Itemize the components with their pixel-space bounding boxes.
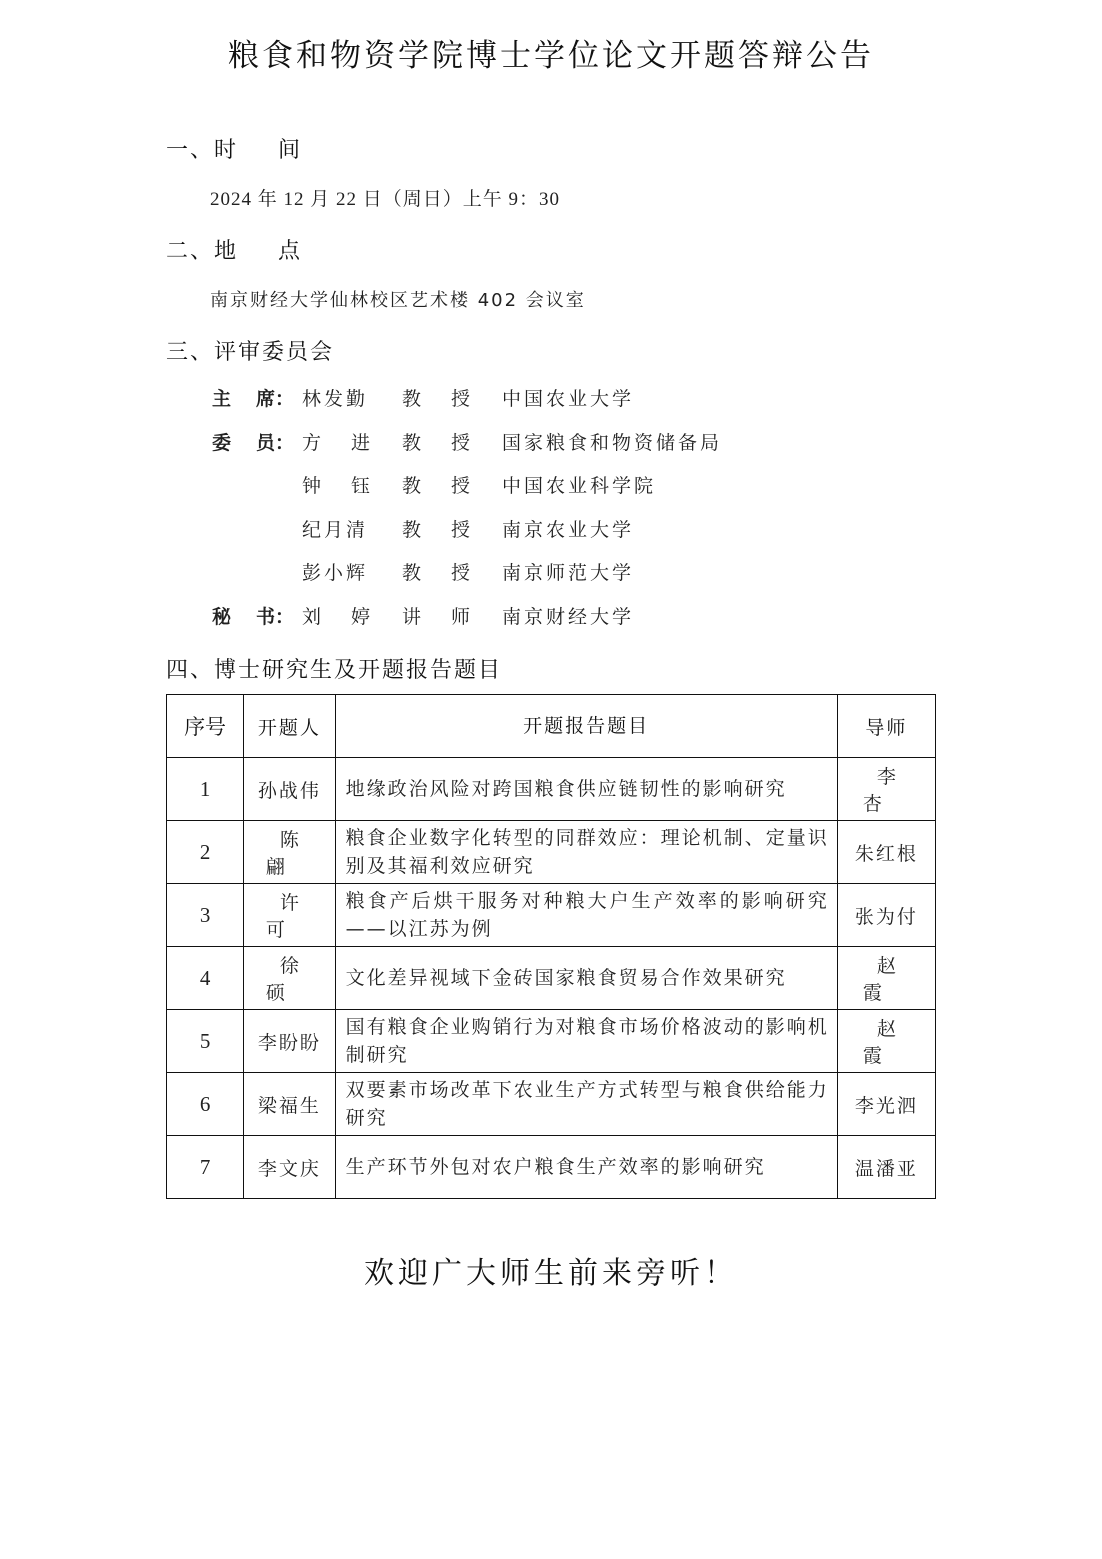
member-name: 彭小辉 bbox=[302, 558, 368, 588]
member-name: 林发勤 bbox=[302, 384, 368, 414]
heading-char: 时 bbox=[214, 138, 238, 163]
member-rank: 教授 bbox=[402, 515, 500, 545]
member-organization: 中国农业科学院 bbox=[502, 471, 656, 501]
member-name: 钟钰 bbox=[302, 471, 400, 501]
table-row: 5李盼盼国有粮食企业购销行为对粮食市场价格波动的影响机制研究赵霞 bbox=[167, 1010, 936, 1073]
time-value: 2024 年 12 月 22 日（周日）上午 9：30 bbox=[210, 184, 560, 211]
member-name: 刘婷 bbox=[302, 602, 400, 632]
table-row: 7李文庆生产环节外包对农户粮食生产效率的影响研究温潘亚 bbox=[167, 1136, 936, 1199]
section-time-heading: 一、时间 bbox=[166, 133, 302, 164]
table-row: 2陈翩粮食企业数字化转型的同群效应：理论机制、定量识别及其福利效应研究朱红根 bbox=[167, 821, 936, 884]
cell-number: 7 bbox=[167, 1136, 244, 1199]
member-organization: 南京师范大学 bbox=[502, 558, 634, 588]
member-organization: 国家粮食和物资储备局 bbox=[502, 428, 722, 458]
cell-advisor: 温潘亚 bbox=[837, 1136, 935, 1199]
member-rank: 讲师 bbox=[402, 602, 500, 632]
cell-number: 4 bbox=[167, 947, 244, 1010]
member-organization: 南京农业大学 bbox=[502, 515, 634, 545]
cell-topic: 粮食企业数字化转型的同群效应：理论机制、定量识别及其福利效应研究 bbox=[335, 821, 837, 884]
cell-advisor: 赵霞 bbox=[837, 1010, 935, 1073]
cell-advisor: 李光泗 bbox=[837, 1073, 935, 1136]
cell-student: 陈翩 bbox=[244, 821, 335, 884]
students-table: 序号 开题人 开题报告题目 导师 1孙战伟地缘政治风险对跨国粮食供应链韧性的影响… bbox=[166, 694, 936, 1199]
cell-student: 孙战伟 bbox=[244, 758, 335, 821]
role-char: 主 bbox=[212, 384, 231, 414]
column-header-topic: 开题报告题目 bbox=[335, 695, 837, 758]
member-organization: 南京财经大学 bbox=[502, 602, 634, 632]
cell-topic: 生产环节外包对农户粮食生产效率的影响研究 bbox=[335, 1136, 837, 1199]
member-rank: 教授 bbox=[402, 384, 500, 414]
role-char: 委 bbox=[212, 428, 231, 458]
column-header-student: 开题人 bbox=[244, 695, 335, 758]
cell-number: 2 bbox=[167, 821, 244, 884]
section-committee-heading: 三、评审委员会 bbox=[166, 335, 334, 366]
section-place-heading: 二、地点 bbox=[166, 234, 302, 265]
member-rank: 教授 bbox=[402, 558, 500, 588]
closing-message: 欢迎广大师生前来旁听！ bbox=[0, 1248, 1102, 1292]
heading-char: 间 bbox=[278, 138, 302, 163]
cell-topic: 国有粮食企业购销行为对粮食市场价格波动的影响机制研究 bbox=[335, 1010, 837, 1073]
table-row: 6梁福生双要素市场改革下农业生产方式转型与粮食供给能力研究李光泗 bbox=[167, 1073, 936, 1136]
table-row: 3许可粮食产后烘干服务对种粮大户生产效率的影响研究——以江苏为例张为付 bbox=[167, 884, 936, 947]
role-char: 书： bbox=[256, 602, 294, 632]
cell-student: 许可 bbox=[244, 884, 335, 947]
cell-advisor: 朱红根 bbox=[837, 821, 935, 884]
heading-char: 点 bbox=[278, 239, 302, 264]
table-header-row: 序号 开题人 开题报告题目 导师 bbox=[167, 695, 936, 758]
member-rank: 教授 bbox=[402, 428, 500, 458]
column-header-advisor: 导师 bbox=[837, 695, 935, 758]
cell-topic: 粮食产后烘干服务对种粮大户生产效率的影响研究——以江苏为例 bbox=[335, 884, 837, 947]
table-row: 4徐硕文化差异视域下金砖国家粮食贸易合作效果研究赵霞 bbox=[167, 947, 936, 1010]
section-number: 二、 bbox=[166, 239, 214, 264]
cell-number: 6 bbox=[167, 1073, 244, 1136]
cell-advisor: 张为付 bbox=[837, 884, 935, 947]
cell-topic: 地缘政治风险对跨国粮食供应链韧性的影响研究 bbox=[335, 758, 837, 821]
section-students-heading: 四、博士研究生及开题报告题目 bbox=[166, 653, 502, 684]
role-char: 席： bbox=[256, 384, 294, 414]
role-char: 员： bbox=[256, 428, 294, 458]
member-rank: 教授 bbox=[402, 471, 500, 501]
member-organization: 中国农业大学 bbox=[502, 384, 634, 414]
table-row: 1孙战伟地缘政治风险对跨国粮食供应链韧性的影响研究李杏 bbox=[167, 758, 936, 821]
section-number: 一、 bbox=[166, 138, 214, 163]
cell-student: 李盼盼 bbox=[244, 1010, 335, 1073]
cell-topic: 文化差异视域下金砖国家粮食贸易合作效果研究 bbox=[335, 947, 837, 1010]
cell-number: 1 bbox=[167, 758, 244, 821]
column-header-number: 序号 bbox=[167, 695, 244, 758]
cell-number: 5 bbox=[167, 1010, 244, 1073]
heading-char: 地 bbox=[214, 239, 238, 264]
place-value: 南京财经大学仙林校区艺术楼 402 会议室 bbox=[210, 286, 586, 312]
member-name: 纪月清 bbox=[302, 515, 368, 545]
member-name: 方进 bbox=[302, 428, 400, 458]
page-title: 粮食和物资学院博士学位论文开题答辩公告 bbox=[0, 30, 1102, 75]
cell-number: 3 bbox=[167, 884, 244, 947]
role-char: 秘 bbox=[212, 602, 231, 632]
cell-advisor: 李杏 bbox=[837, 758, 935, 821]
cell-advisor: 赵霞 bbox=[837, 947, 935, 1010]
cell-student: 梁福生 bbox=[244, 1073, 335, 1136]
cell-student: 徐硕 bbox=[244, 947, 335, 1010]
cell-topic: 双要素市场改革下农业生产方式转型与粮食供给能力研究 bbox=[335, 1073, 837, 1136]
cell-student: 李文庆 bbox=[244, 1136, 335, 1199]
